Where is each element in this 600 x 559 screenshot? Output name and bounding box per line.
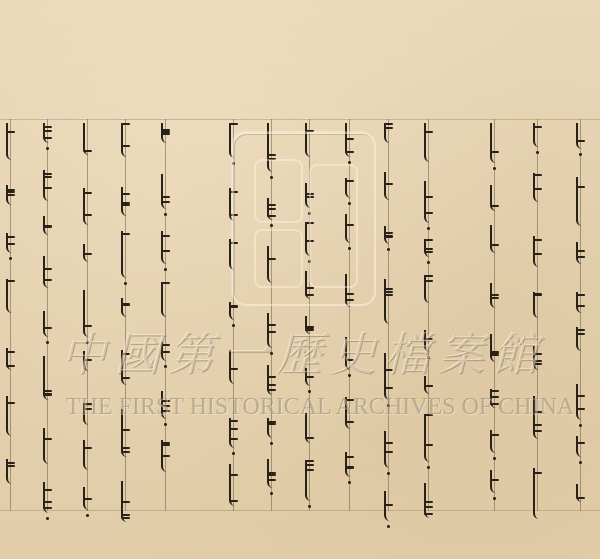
- manchu-word: [574, 327, 588, 351]
- manchu-word: [574, 292, 588, 313]
- text-column: [47, 119, 48, 511]
- manchu-word: [159, 123, 173, 143]
- punctuation-dot: [46, 147, 49, 150]
- bottom-margin-rule: [0, 510, 600, 511]
- manchu-word: [343, 452, 357, 477]
- manchu-word: [41, 216, 55, 235]
- manchu-word: [574, 123, 588, 149]
- manchu-word: [119, 187, 133, 216]
- manchu-word: [531, 292, 545, 318]
- punctuation-dot: [493, 497, 496, 500]
- archive-seal-icon: [232, 132, 376, 306]
- manchu-word: [81, 487, 95, 510]
- manchu-word: [4, 233, 18, 253]
- text-column: [428, 119, 429, 511]
- punctuation-dot: [164, 423, 167, 426]
- manchu-word: [422, 483, 436, 518]
- manchu-word: [422, 414, 436, 462]
- manchu-word: [4, 123, 18, 160]
- manchu-word: [488, 470, 502, 493]
- punctuation-dot: [164, 268, 167, 271]
- manchu-word: [382, 226, 396, 244]
- manchu-word: [41, 482, 55, 513]
- manchu-word: [422, 181, 436, 223]
- manchu-word: [265, 459, 279, 488]
- punctuation-dot: [579, 153, 582, 156]
- text-column: [494, 119, 495, 511]
- manchu-word: [4, 348, 18, 370]
- manchu-word: [531, 123, 545, 147]
- manchu-word: [81, 244, 95, 262]
- manchu-word: [41, 256, 55, 288]
- manchu-word: [227, 418, 241, 448]
- manchu-word: [574, 384, 588, 420]
- manchu-word: [4, 185, 18, 205]
- manchu-word: [531, 468, 545, 519]
- manchu-word: [41, 123, 55, 143]
- manchu-word: [382, 431, 396, 468]
- punctuation-dot: [387, 472, 390, 475]
- punctuation-dot: [9, 257, 12, 260]
- manchu-word: [574, 436, 588, 457]
- text-column: [580, 119, 581, 511]
- top-margin-rule: [0, 119, 600, 120]
- manchu-word: [382, 491, 396, 521]
- punctuation-dot: [232, 452, 235, 455]
- punctuation-dot: [270, 442, 273, 445]
- manchu-word: [382, 123, 396, 143]
- manchu-word: [119, 298, 133, 317]
- manchu-word: [4, 279, 18, 313]
- manchu-word: [488, 185, 502, 211]
- punctuation-dot: [579, 424, 582, 427]
- seal-stroke: [254, 229, 303, 288]
- text-column: [388, 119, 389, 511]
- manchu-word: [382, 172, 396, 200]
- manchu-word: [159, 231, 173, 264]
- manchu-word: [488, 430, 502, 453]
- punctuation-dot: [46, 517, 49, 520]
- manchu-word: [81, 188, 95, 225]
- manchu-word: [488, 283, 502, 308]
- punctuation-dot: [493, 457, 496, 460]
- punctuation-dot: [427, 227, 430, 230]
- punctuation-dot: [46, 341, 49, 344]
- manchu-word: [81, 440, 95, 470]
- punctuation-dot: [579, 461, 582, 464]
- manchu-word: [119, 123, 133, 157]
- manchu-word: [531, 236, 545, 267]
- text-column: [537, 119, 538, 511]
- manchu-word: [422, 275, 436, 303]
- punctuation-dot: [427, 466, 430, 469]
- manchu-word: [4, 459, 18, 484]
- manchu-word: [227, 464, 241, 506]
- text-column: [10, 119, 11, 511]
- manchu-word: [265, 418, 279, 438]
- manchu-word: [119, 481, 133, 522]
- manchu-word: [41, 356, 55, 400]
- punctuation-dot: [124, 282, 127, 285]
- punctuation-dot: [164, 213, 167, 216]
- manchu-word: [159, 174, 173, 209]
- punctuation-dot: [387, 525, 390, 528]
- punctuation-dot: [308, 390, 311, 393]
- punctuation-dot: [270, 492, 273, 495]
- manchu-word: [574, 484, 588, 502]
- text-column: [125, 119, 126, 511]
- manchu-word: [574, 242, 588, 264]
- text-column: [87, 119, 88, 511]
- punctuation-dot: [348, 481, 351, 484]
- manchu-word: [81, 123, 95, 155]
- manchu-word: [574, 177, 588, 226]
- manchu-word: [159, 440, 173, 472]
- manchu-word: [4, 396, 18, 436]
- manchu-word: [303, 460, 317, 501]
- manchu-word: [41, 170, 55, 201]
- manchu-word: [531, 173, 545, 202]
- text-column: [165, 119, 166, 511]
- manchu-word: [488, 225, 502, 253]
- manchu-word: [488, 123, 502, 163]
- manchu-word: [41, 311, 55, 337]
- punctuation-dot: [86, 514, 89, 517]
- manchu-word: [422, 239, 436, 257]
- watermark-english: THE FIRST HISTORICAL ARCHIVES OF CHINA: [66, 394, 546, 421]
- punctuation-dot: [427, 261, 430, 264]
- manchu-word: [159, 282, 173, 317]
- punctuation-dot: [493, 167, 496, 170]
- manchu-word: [422, 123, 436, 162]
- seal-stroke: [309, 164, 358, 288]
- manchu-word: [41, 428, 55, 464]
- watermark-chinese: 中國第一歷史檔案館: [60, 318, 530, 384]
- manchu-word: [119, 231, 133, 278]
- punctuation-dot: [308, 505, 311, 508]
- seal-stroke: [254, 159, 303, 223]
- punctuation-dot: [536, 151, 539, 154]
- punctuation-dot: [387, 248, 390, 251]
